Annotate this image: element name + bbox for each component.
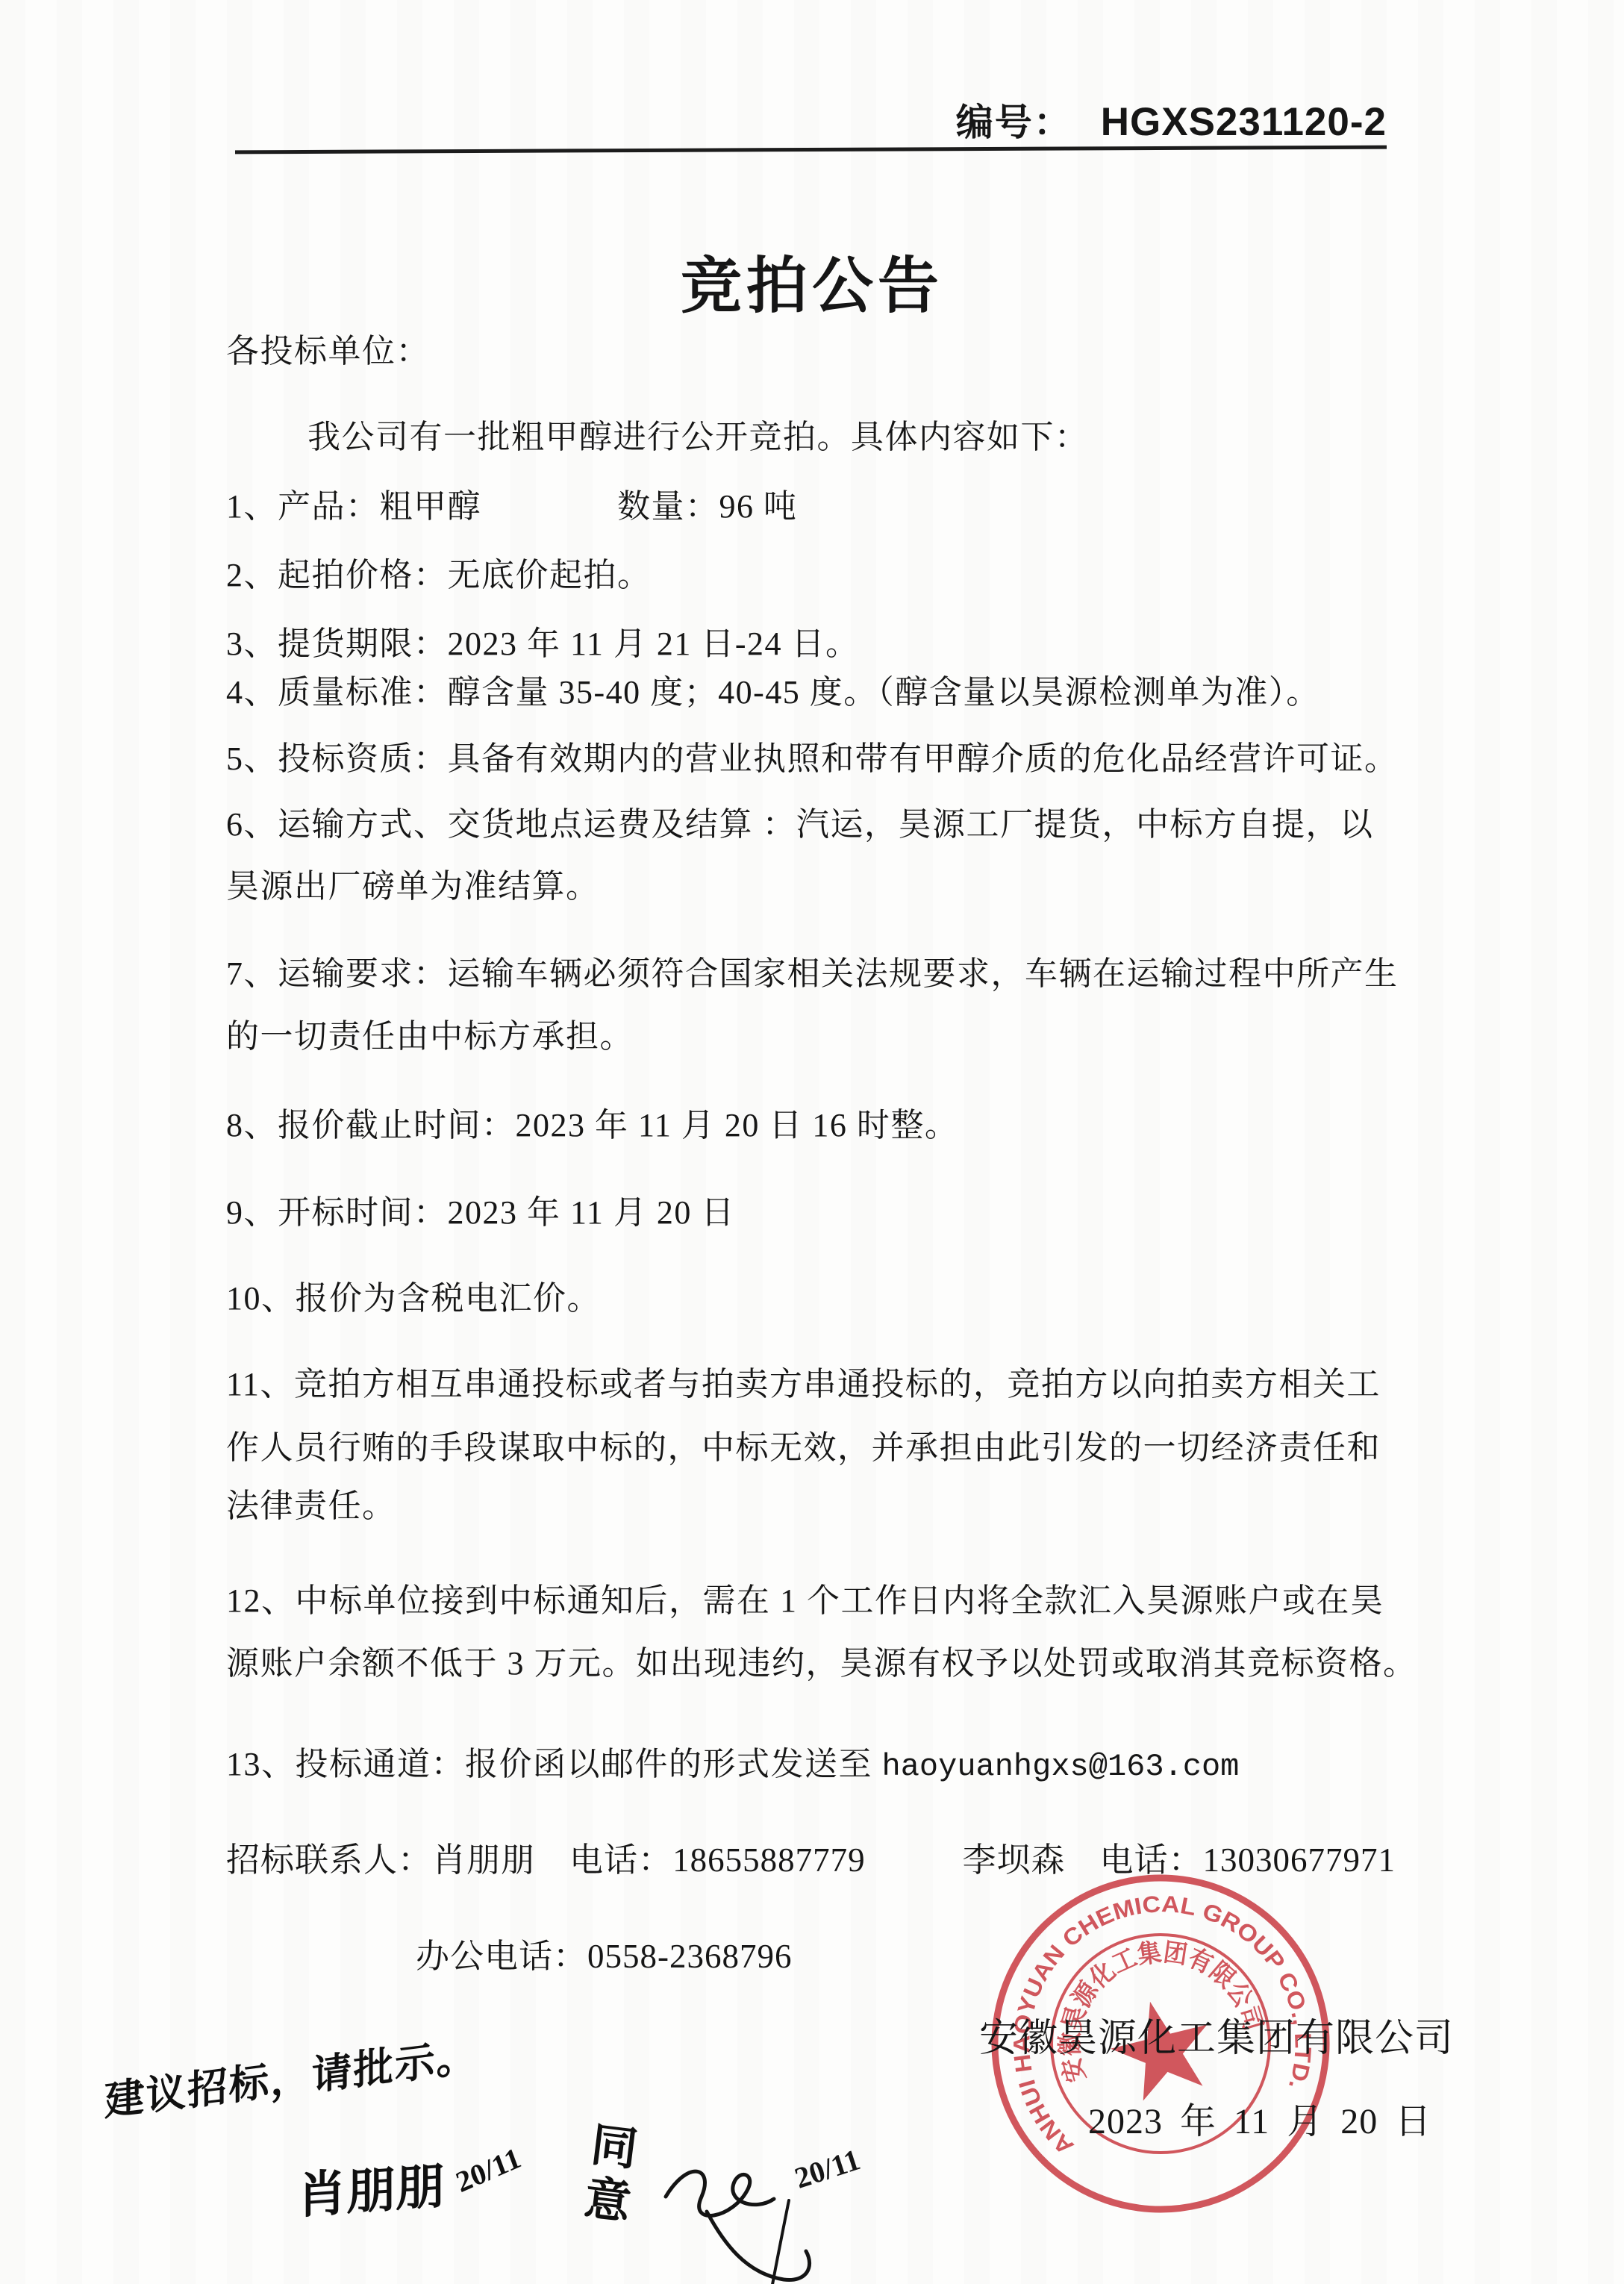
scanned-document-page: 编号：HGXS231120-2 竞拍公告 各投标单位： 我公司有一批粗甲醇进行公… [0, 0, 1624, 2284]
office-phone: 0558-2368796 [587, 1938, 793, 1975]
list-item-13-text: 13、投标通道：报价函以邮件的形式发送至 [226, 1746, 882, 1782]
issue-date: 2023 年 11 月 20 日 [1088, 2092, 1431, 2144]
list-item-12: 12、中标单位接到中标通知后，需在 1 个工作日内将全款汇入昊源账户或在昊 [226, 1579, 1384, 1622]
list-item-6-cont: 昊源出厂磅单为准结算。 [226, 865, 600, 908]
list-item-12-cont: 源账户余额不低于 3 万元。如出现违约，昊源有权予以处罚或取消其竞标资格。 [226, 1642, 1417, 1685]
doc-number-value: HGXS231120-2 [1101, 100, 1387, 144]
office-phone-label: 办公电话： [416, 1938, 587, 1975]
list-item-1: 1、产品：粗甲醇 数量：96 吨 [226, 485, 798, 528]
handwritten-signature-2: 20/11 [636, 2156, 882, 2284]
list-item-7: 7、运输要求：运输车辆必须符合国家相关法规要求，车辆在运输过程中所产生 [226, 952, 1399, 995]
contact-1: 招标联系人：肖朋朋 电话：18655887779 [226, 1832, 866, 1881]
contact-1-phone: 18655887779 [672, 1841, 866, 1879]
intro-paragraph: 我公司有一批粗甲醇进行公开竞拍。具体内容如下： [307, 416, 1089, 458]
salutation: 各投标单位： [226, 330, 430, 372]
handwritten-approval: 同意 [567, 2118, 646, 2232]
list-item-11-cont: 作人员行贿的手段谋取中标的，中标无效，并承担由此引发的一切经济责任和 [226, 1426, 1381, 1469]
contact-1-name: 肖朋朋 [432, 1841, 535, 1879]
bid-email: haoyuanhgxs@163.com [882, 1749, 1240, 1785]
handwritten-signature-1: 肖朋朋20/11 [297, 2140, 521, 2227]
contact-1-phone-label: 电话： [569, 1841, 672, 1879]
doc-number-label: 编号： [956, 102, 1072, 143]
signature-1-date: 20/11 [452, 2140, 525, 2199]
list-item-11-cont2: 法律责任。 [226, 1485, 396, 1527]
list-item-8: 8、报价截止时间：2023 年 11 月 20 日 16 时整。 [226, 1104, 958, 1146]
list-item-9: 9、开标时间：2023 年 11 月 20 日 [226, 1191, 735, 1234]
handwritten-note: 建议招标，请批示。 [104, 2024, 478, 2127]
list-item-3: 3、提货期限：2023 年 11 月 21 日-24 日。 [226, 623, 860, 665]
list-item-4: 4、质量标准：醇含量 35-40 度；40-45 度。（醇含量以昊源检测单为准）… [226, 671, 1320, 714]
contact-label: 招标联系人： [226, 1841, 432, 1879]
list-item-13: 13、投标通道：报价函以邮件的形式发送至 haoyuanhgxs@163.com [226, 1743, 1239, 1788]
list-item-10: 10、报价为含税电汇价。 [226, 1277, 601, 1320]
list-item-2: 2、起拍价格：无底价起拍。 [226, 554, 652, 596]
list-item-7-cont: 的一切责任由中标方承担。 [226, 1015, 634, 1058]
page-title: 竞拍公告 [0, 237, 1624, 325]
list-item-6: 6、运输方式、交货地点运费及结算 ：汽运，昊源工厂提货，中标方自提，以 [226, 803, 1374, 846]
issuer-company-name: 安徽昊源化工集团有限公司 [979, 2006, 1454, 2062]
header-rule [235, 146, 1387, 155]
list-item-11: 11、竞拍方相互串通投标或者与拍卖方串通投标的，竞拍方以向拍卖方相关工 [226, 1363, 1381, 1405]
office-phone-line: 办公电话：0558-2368796 [416, 1929, 793, 1977]
signature-1-name: 肖朋朋 [297, 2159, 445, 2224]
contact-2-name: 李坝森 [962, 1841, 1065, 1879]
list-item-5: 5、投标资质：具备有效期内的营业执照和带有甲醇介质的危化品经营许可证。 [226, 737, 1399, 780]
doc-number-line: 编号：HGXS231120-2 [956, 93, 1387, 146]
